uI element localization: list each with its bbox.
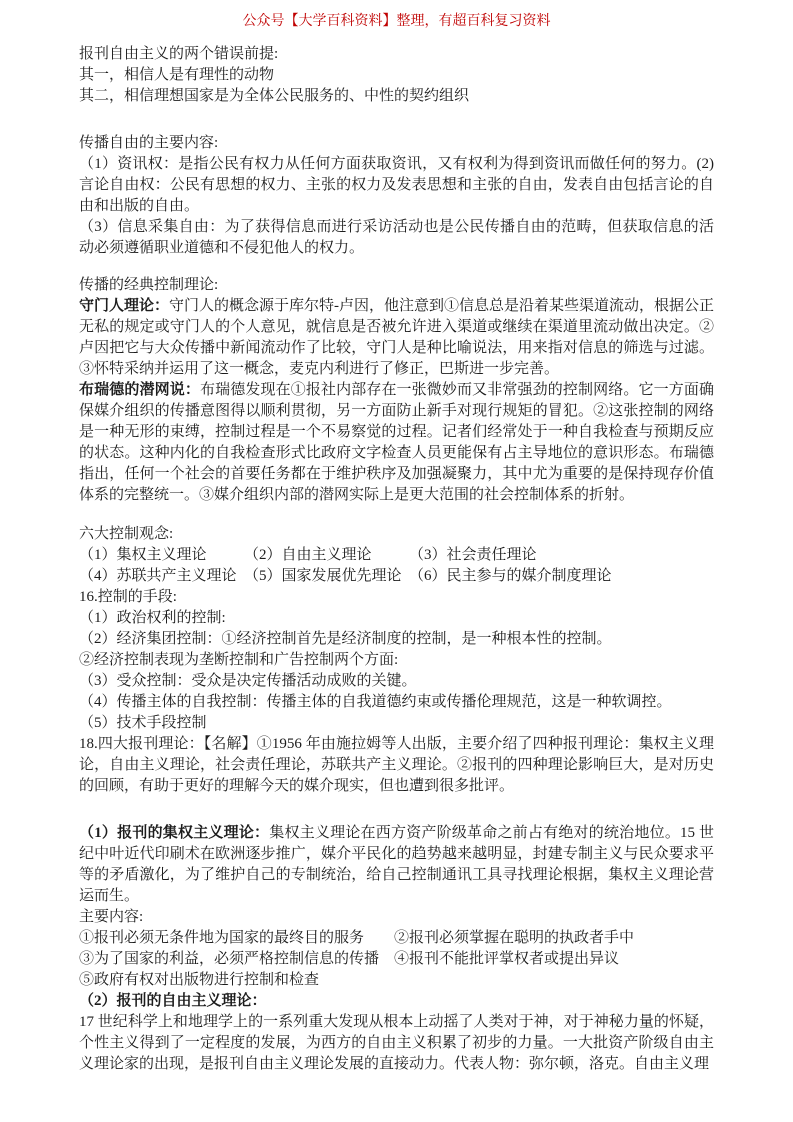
spacer: [79, 797, 714, 823]
control-theory-title: 传播的经典控制理论:: [79, 275, 714, 296]
liberal-theory-paragraph: 17 世纪科学上和地理学上的一系列重大发现从根本上动摇了人类对于神，对于神秘力量…: [79, 1012, 714, 1075]
document-page: 公众号【大学百科资料】整理，有超百科复习资料 报刊自由主义的两个错误前提: 其一…: [0, 0, 793, 1122]
authoritarian-points-row-3: ⑤政府有权对出版物进行控制和检查: [79, 970, 714, 991]
authoritarian-points-row-2: ③为了国家的利益，必须严格控制信息的传播 ④报刊不能批评掌权者或提出异议: [79, 949, 714, 970]
breed-subnet-theory-paragraph: 布瑞德的潜网说：布瑞德发现在①报社内部存在一张微妙而又非常强劲的控制网络。它一方…: [79, 380, 714, 506]
freedom-item-gathering: （3）信息采集自由：为了获得信息而进行采访活动也是公民传播自由的范畴，但获取信息…: [79, 217, 714, 259]
spacer: [79, 259, 714, 275]
breed-subnet-text: 布瑞德发现在①报社内部存在一张微妙而又非常强劲的控制网络。它一方面确保媒介组织的…: [79, 382, 714, 503]
six-concepts-row-1: （1）集权主义理论 （2）自由主义理论 （3）社会责任理论: [79, 545, 714, 566]
spacer: [79, 107, 714, 133]
four-press-theories-paragraph: 18.四大报刊理论：【名解】①1956 年由施拉姆等人出版，主要介绍了四种报刊理…: [79, 734, 714, 797]
gatekeeper-theory-paragraph: 守门人理论：守门人的概念源于库尔特-卢因，他注意到①信息总是沿着某些渠道流动，根…: [79, 296, 714, 380]
gatekeeper-theory-lead: 守门人理论：: [79, 298, 169, 314]
authoritarian-points-row-1: ①报刊必须无条件地为国家的最终目的服务 ②报刊必须掌握在聪明的执政者手中: [79, 928, 714, 949]
control-means-title: 16.控制的手段:: [79, 587, 714, 608]
control-means-item-self: （4）传播主体的自我控制：传播主体的自我道德约束或传播伦理规范，这是一种软调控。: [79, 692, 714, 713]
intro-premise-2: 其二，相信理想国家是为全体公民服务的、中性的契约组织: [79, 86, 714, 107]
control-means-item-economic-detail: ②经济控制表现为垄断控制和广告控制两个方面:: [79, 650, 714, 671]
six-concepts-title: 六大控制观念:: [79, 524, 714, 545]
page-header: 公众号【大学百科资料】整理，有超百科复习资料: [79, 12, 714, 32]
six-concepts-row-2: （4）苏联共产主义理论 （5）国家发展优先理论 （6）民主参与的媒介制度理论: [79, 566, 714, 587]
intro-premise-1: 其一，相信人是有理性的动物: [79, 65, 714, 86]
authoritarian-theory-paragraph: （1）报刊的集权主义理论：集权主义理论在西方资产阶级革命之前占有绝对的统治地位。…: [79, 823, 714, 907]
freedom-section-title: 传播自由的主要内容:: [79, 133, 714, 154]
intro-premise-title: 报刊自由主义的两个错误前提:: [79, 44, 714, 65]
breed-subnet-lead: 布瑞德的潜网说：: [79, 382, 200, 398]
control-means-item-political: （1）政治权利的控制:: [79, 608, 714, 629]
main-content-subtitle: 主要内容:: [79, 907, 714, 928]
spacer: [79, 506, 714, 524]
authoritarian-theory-lead: （1）报刊的集权主义理论：: [79, 825, 269, 841]
control-means-item-economic: （2）经济集团控制：①经济控制首先是经济制度的控制，是一种根本性的控制。: [79, 629, 714, 650]
control-means-item-technical: （5）技术手段控制: [79, 713, 714, 734]
liberal-theory-title: （2）报刊的自由主义理论：: [79, 991, 714, 1012]
gatekeeper-theory-text: 守门人的概念源于库尔特-卢因，他注意到①信息总是沿着某些渠道流动，根据公正无私的…: [79, 298, 714, 377]
control-means-item-audience: （3）受众控制：受众是决定传播活动成败的关键。: [79, 671, 714, 692]
freedom-item-info-speech: （1）资讯权：是指公民有权力从任何方面获取资讯，又有权利为得到资讯而做任何的努力…: [79, 154, 714, 217]
